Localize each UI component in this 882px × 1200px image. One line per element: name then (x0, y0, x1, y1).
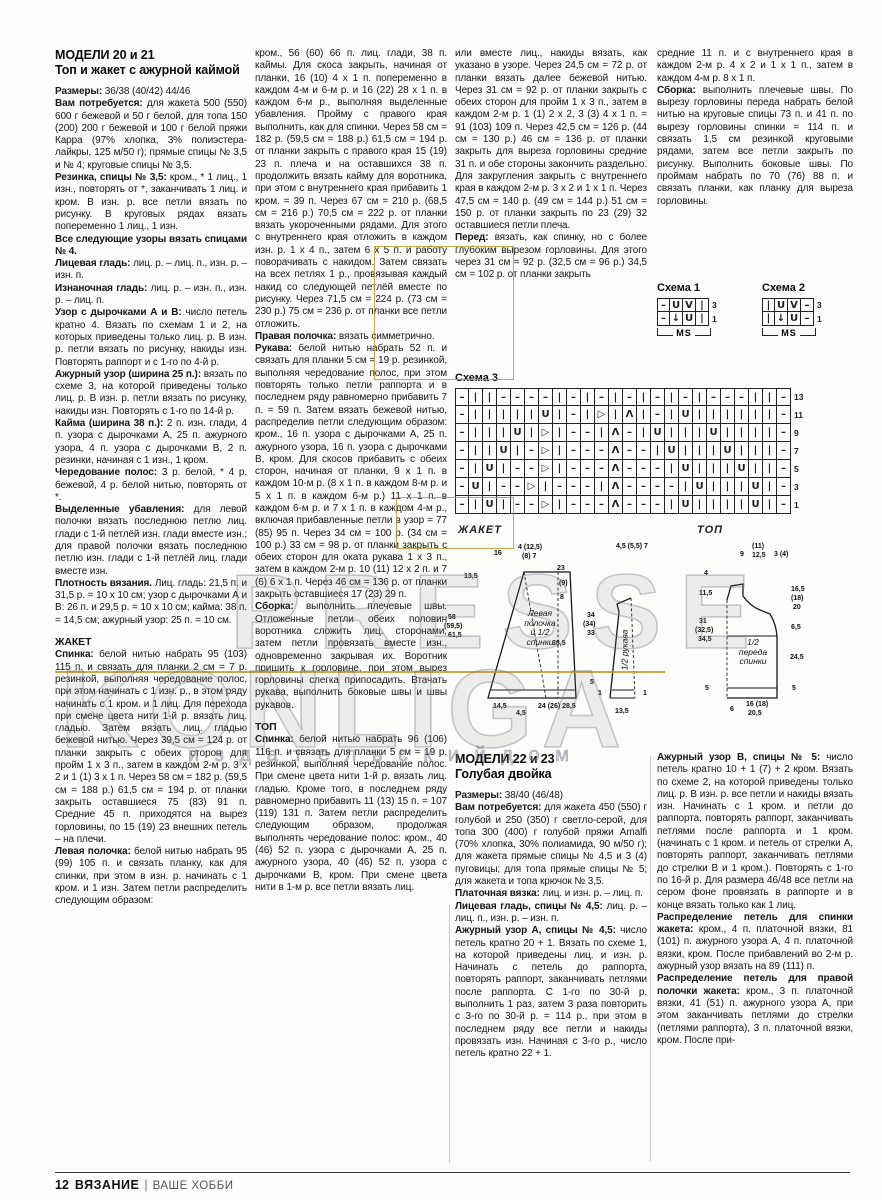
chart-cell: | (721, 478, 735, 496)
section-title: Топ и жакет с ажурной каймой (55, 63, 247, 78)
rapport-bracket: MS (657, 328, 711, 336)
chart-row: |↓U–1 (762, 312, 822, 326)
rapport-bracket: MS (762, 328, 816, 336)
chart-cell: | (497, 460, 511, 478)
chart-cell: – (455, 442, 469, 460)
measurement-label: 1 (598, 690, 602, 698)
chart-row: –U|––▷|–––|Λ––––|U|||U|–3 (455, 478, 803, 496)
chart-cell: – (801, 298, 814, 312)
chart-cell: | (696, 312, 709, 326)
chart-cell: | (469, 460, 483, 478)
paragraph-lead: Спинка: (55, 649, 99, 660)
chart-cell: U (497, 442, 511, 460)
chart-cell: U (775, 298, 788, 312)
chart-cell: | (735, 442, 749, 460)
chart-cell: U (735, 460, 749, 478)
chart-cell: ▷ (539, 496, 553, 514)
chart-cell: | (581, 388, 595, 406)
chart-title: Схема 3 (455, 372, 803, 384)
spacer (55, 77, 247, 86)
chart-cell: – (595, 442, 609, 460)
paragraph: Рукава: белой нитью набрать 52 п. и связ… (255, 343, 447, 601)
measurement-label: 5 (590, 679, 594, 687)
chart-cell: | (483, 388, 497, 406)
chart-cell: | (511, 442, 525, 460)
chart-cell: – (455, 478, 469, 496)
chart-cell: U (483, 496, 497, 514)
chart-cell: | (469, 424, 483, 442)
chart-cell: | (665, 388, 679, 406)
chart-cell: U (693, 478, 707, 496)
chart-cell: | (665, 496, 679, 514)
chart-cell: Λ (609, 442, 623, 460)
chart-cell: – (651, 460, 665, 478)
chart-cell: V (788, 298, 801, 312)
paragraph: Выделенные убавления: для левой полочки … (55, 504, 247, 578)
measurement-label: 20,5 (748, 710, 762, 718)
chart-cell: Λ (609, 424, 623, 442)
knitting-chart: –||––––|–|–|–|–|–|–––||–13–|||||U|–|▷|Λ|… (455, 388, 803, 514)
paragraph: Ажурный узор А, спицы № 4,5: число петел… (455, 925, 647, 1060)
column-divider (650, 756, 651, 1161)
piece-name-label: 1/2 переда спинки (739, 638, 767, 667)
paragraph-lead: Кайма (ширина 38 п.): (55, 418, 167, 429)
chart-cell: | (749, 388, 763, 406)
garment-schematics: 164 (12,5)(8) 713,558(59,5)61,514,54,524… (440, 540, 860, 748)
rapport-label: MS (673, 328, 695, 338)
paragraph: Спинка: белой нитью набрать 96 (106) 116… (255, 734, 447, 894)
paragraph-lead: Сборка: (255, 601, 306, 612)
chart-cell: | (749, 442, 763, 460)
chart-cell: | (595, 424, 609, 442)
paragraph: Все следующие узоры вязать спицами № 4. (55, 234, 247, 259)
paragraph-lead: Левая полочка: (55, 846, 134, 857)
paragraph-lead: Плотность вязания. (55, 578, 155, 589)
chart-row-number: 11 (791, 410, 803, 420)
magazine-name: ВЯЗАНИЕ (75, 1178, 139, 1192)
chart-schema-3: Схема 3 –||––––|–|–|–|–|–|–––||–13–|||||… (455, 372, 803, 514)
chart-cell: – (497, 478, 511, 496)
paragraph-lead: Спинка: (255, 734, 299, 745)
chart-cell: – (637, 460, 651, 478)
measurement-label: 11,5 (699, 590, 712, 598)
diagram-caption-top: ТОП (697, 524, 723, 536)
measurement-label: 20 (793, 604, 801, 612)
chart-cell: ▷ (539, 442, 553, 460)
chart-cell: | (595, 478, 609, 496)
chart-cell: – (525, 460, 539, 478)
chart-cell: | (707, 478, 721, 496)
paragraph-lead: Рукава: (255, 343, 298, 354)
paragraph-lead: Выделенные убавления: (55, 504, 194, 515)
chart-cell: | (525, 424, 539, 442)
chart-cell: ▷ (539, 424, 553, 442)
chart-cell: | (553, 424, 567, 442)
chart-cell: | (696, 298, 709, 312)
paragraph-lead: Ажурный узор (ширина 25 п.): (55, 369, 204, 380)
chart-cell: | (749, 424, 763, 442)
chart-cell: – (657, 298, 670, 312)
chart-cell: U (749, 496, 763, 514)
column-2: кром., 56 (60) 66 п. лиц. глади, 38 п. к… (255, 48, 447, 1168)
measurement-label: 4 (704, 570, 708, 578)
chart-cell: – (455, 406, 469, 424)
paragraph: Распределение петель для спинки жакета: … (657, 912, 853, 973)
measurement-label: (59,5) (444, 623, 462, 631)
paragraph-lead: Правая полочка: (255, 331, 339, 342)
paragraph: Вам потребуется: для жакета 450 (550) г … (455, 802, 647, 888)
chart-cell: | (539, 478, 553, 496)
chart-cell: U (469, 478, 483, 496)
chart-title: Схема 1 (657, 282, 717, 294)
paragraph-lead: Изнаночная гладь: (55, 283, 151, 294)
paragraph-lead: Узор с дырочками А и В: (55, 307, 186, 318)
chart-row-number: 7 (791, 446, 799, 456)
column-1: МОДЕЛИ 20 и 21Топ и жакет с ажурной кайм… (55, 48, 247, 1168)
piece-name-label: Левая полочка и 1/2 спинки (524, 609, 556, 647)
chart-cell: U (665, 442, 679, 460)
chart-cell: | (721, 424, 735, 442)
piece-name-label: 1/2 рукава (620, 630, 630, 671)
chart-cell: – (511, 460, 525, 478)
chart-cell: – (651, 478, 665, 496)
paragraph-lead: Размеры: (455, 790, 505, 801)
chart-cell: – (801, 312, 814, 326)
measurement-label: (18) (791, 595, 803, 603)
chart-cell: – (525, 388, 539, 406)
chart-cell: ▷ (539, 460, 553, 478)
section-title: Голубая двойка (455, 767, 647, 782)
chart-cell: – (623, 478, 637, 496)
chart-cell: – (511, 478, 525, 496)
chart-cell: | (693, 388, 707, 406)
chart-cell: | (763, 388, 777, 406)
footer-divider: | (144, 1178, 147, 1192)
chart-cell: – (735, 388, 749, 406)
chart-row-number: 5 (791, 464, 799, 474)
paragraph: Узор с дырочками А и В: число петель кра… (55, 307, 247, 368)
chart-cell: | (469, 496, 483, 514)
chart-row: –|||U|▷|––|Λ–|U|||U||||–9 (455, 424, 803, 442)
paragraph: Сборка: выполнить плечевые швы. По вырез… (657, 85, 853, 208)
measurement-label: 24,5 (790, 654, 804, 662)
chart-cell: – (721, 388, 735, 406)
measurement-label: 34 (587, 612, 595, 620)
chart-row-number: 3 (791, 482, 799, 492)
chart-cell: | (553, 406, 567, 424)
measurement-label: 4,5 (516, 710, 526, 718)
chart-cell: | (525, 406, 539, 424)
knitting-chart: –UV|3–↓U|1MS (657, 298, 717, 336)
chart-cell: – (777, 424, 791, 442)
chart-cell: | (707, 442, 721, 460)
measurement-label: 1 (643, 690, 647, 698)
chart-cell: – (777, 406, 791, 424)
chart-row: –||––––|–|–|–|–|–|–––||–13 (455, 388, 803, 406)
chart-cell: | (469, 388, 483, 406)
chart-cell: | (735, 406, 749, 424)
measurement-label: 61,5 (448, 632, 462, 640)
chart-cell: | (693, 460, 707, 478)
measurement-label: 13,5 (615, 708, 629, 716)
measurement-label: 14,5 (493, 703, 507, 711)
chart-cell: – (777, 496, 791, 514)
chart-cell: | (665, 460, 679, 478)
chart-cell: | (735, 424, 749, 442)
chart-schema-1: Схема 1 –UV|3–↓U|1MS (657, 282, 717, 336)
magazine-page: МОДЕЛИ 20 и 21Топ и жакет с ажурной кайм… (0, 0, 882, 1200)
paragraph: Сборка: выполнить плечевые швы. Отложенн… (255, 601, 447, 712)
chart-cell: – (539, 388, 553, 406)
measurement-label: 31 (699, 618, 707, 626)
column-4-top: средние 11 п. и с внутреннего края в каж… (657, 48, 853, 280)
paragraph: Лицевая гладь, спицы № 4,5: лиц. р. – ли… (455, 901, 647, 926)
measurement-label: 5 (792, 685, 796, 693)
chart-row-number: 1 (709, 314, 717, 324)
chart-cell: V (683, 298, 696, 312)
spacer (455, 781, 647, 790)
chart-row: –↓U|1 (657, 312, 717, 326)
chart-cell: – (567, 388, 581, 406)
subsection-heading: ТОП (255, 721, 447, 733)
measurement-label: 33 (587, 630, 595, 638)
chart-cell: – (651, 496, 665, 514)
chart-cell: U (721, 442, 735, 460)
chart-cell: – (637, 478, 651, 496)
chart-cell: – (497, 388, 511, 406)
chart-cell: – (553, 478, 567, 496)
measurement-label: (8) 7 (522, 553, 536, 561)
chart-row-number: 13 (791, 392, 803, 402)
chart-cell: – (525, 442, 539, 460)
chart-cell: | (721, 496, 735, 514)
chart-cell: U (511, 424, 525, 442)
measurement-label: 3 (4) (774, 551, 788, 559)
chart-cell: | (497, 406, 511, 424)
paragraph: Вам потребуется: для жакета 500 (550) 60… (55, 98, 247, 172)
chart-cell: – (637, 496, 651, 514)
measurement-label: 16,5 (791, 586, 805, 594)
chart-cell: U (483, 460, 497, 478)
chart-cell: – (455, 424, 469, 442)
measurement-label: 5 (705, 685, 709, 693)
measurement-label: 58 (448, 614, 456, 622)
paragraph: Распределение петель для правой полочки … (657, 973, 853, 1047)
measurement-label: 16 (18) (746, 701, 768, 709)
chart-cell: – (665, 478, 679, 496)
chart-cell: | (637, 424, 651, 442)
chart-cell: | (497, 496, 511, 514)
chart-cell: – (455, 496, 469, 514)
chart-cell: | (707, 460, 721, 478)
chart-cell: – (651, 406, 665, 424)
chart-cell: U (788, 312, 801, 326)
chart-cell: | (637, 406, 651, 424)
chart-cell: – (777, 478, 791, 496)
chart-cell: Λ (609, 496, 623, 514)
paragraph-lead: Платочная вязка: (455, 888, 543, 899)
chart-row-number: 3 (814, 300, 822, 310)
chart-cell: – (455, 388, 469, 406)
measurement-label: (32,5) (695, 627, 713, 635)
paragraph: Кайма (ширина 38 п.): 2 п. изн. глади, 4… (55, 418, 247, 467)
paragraph: средние 11 п. и с внутреннего края в каж… (657, 48, 853, 85)
chart-cell: – (581, 478, 595, 496)
chart-row: –|U|––▷|–––Λ–––|U||||U|–1 (455, 496, 803, 514)
measurement-label: 8 (560, 594, 564, 602)
chart-cell: – (657, 312, 670, 326)
chart-cell: | (483, 424, 497, 442)
paragraph: Резинка, спицы № 3,5: кром., * 1 лиц., 1… (55, 172, 247, 233)
paragraph: Платочная вязка: лиц. и изн. р. – лиц. п… (455, 888, 647, 900)
chart-cell: | (763, 496, 777, 514)
column-3-top: или вместе лиц., накиды вязать, как указ… (455, 48, 647, 368)
chart-cell: ▷ (525, 478, 539, 496)
chart-cell: – (637, 442, 651, 460)
measurement-label: (11) (752, 543, 764, 551)
chart-cell: ▷ (595, 406, 609, 424)
paragraph: Размеры: 38/40 (46/48) (455, 790, 647, 802)
diagram-caption-jacket: ЖАКЕТ (458, 524, 502, 536)
chart-cell: – (595, 460, 609, 478)
chart-cell: – (581, 442, 595, 460)
schematic-drawing (440, 540, 860, 745)
measurement-label: 13,5 (464, 573, 478, 581)
measurement-label: (34) (583, 621, 595, 629)
paragraph: или вместе лиц., накиды вязать, как указ… (455, 48, 647, 232)
chart-cell: | (763, 406, 777, 424)
chart-cell: | (693, 424, 707, 442)
chart-row-number: 9 (791, 428, 799, 438)
chart-cell: | (637, 388, 651, 406)
measurement-label: 34,5 (698, 636, 712, 644)
chart-cell: – (623, 496, 637, 514)
measurement-label: 24 (26) 28,5 (538, 703, 576, 711)
chart-cell: | (679, 424, 693, 442)
chart-cell: U (683, 312, 696, 326)
chart-cell: | (763, 424, 777, 442)
chart-cell: U (651, 424, 665, 442)
chart-cell: – (777, 442, 791, 460)
chart-cell: | (721, 406, 735, 424)
chart-cell: – (567, 406, 581, 424)
chart-cell: | (707, 496, 721, 514)
chart-cell: | (693, 496, 707, 514)
paragraph-lead: Вам потребуется: (55, 98, 147, 109)
chart-cell: U (679, 460, 693, 478)
chart-cell: – (567, 478, 581, 496)
measurement-label: 12,5 (752, 552, 766, 560)
chart-cell: | (762, 312, 775, 326)
chart-cell: – (651, 388, 665, 406)
measurement-label: 4,5 (5,5) 7 (616, 543, 648, 551)
chart-cell: | (553, 496, 567, 514)
magazine-tagline: ВАШЕ ХОББИ (153, 1180, 234, 1192)
column-4-bottom: Ажурный узор В, спицы № 5: число петель … (657, 752, 853, 1166)
paragraph-lead: Распределение петель для правой полочки … (657, 973, 853, 996)
chart-cell: U (679, 406, 693, 424)
chart-cell: | (553, 442, 567, 460)
chart-cell: Λ (609, 478, 623, 496)
chart-cell: – (777, 460, 791, 478)
chart-cell: | (553, 388, 567, 406)
chart-cell: – (707, 388, 721, 406)
knitting-chart: |UV–3|↓U–1MS (762, 298, 822, 336)
measurement-label: (9) (559, 580, 568, 588)
chart-cell: | (721, 460, 735, 478)
paragraph: Размеры: 36/38 (40/42) 44/46 (55, 86, 247, 98)
paragraph: Ажурный узор (ширина 25 п.): вязать по с… (55, 369, 247, 418)
chart-cell: | (763, 460, 777, 478)
paragraph-lead: Вам потребуется: (455, 802, 544, 813)
chart-cell: – (623, 460, 637, 478)
chart-cell: Λ (623, 406, 637, 424)
paragraph: Плотность вязания. Лиц. гладь: 21,5 п. и… (55, 578, 247, 627)
chart-cell: – (511, 388, 525, 406)
chart-cell: | (483, 442, 497, 460)
subsection-heading: ЖАКЕТ (55, 636, 247, 648)
chart-cell: ↓ (670, 312, 683, 326)
column-3-bottom: МОДЕЛИ 22 и 23Голубая двойкаРазмеры: 38/… (455, 752, 647, 1166)
chart-cell: | (483, 406, 497, 424)
chart-cell: | (735, 478, 749, 496)
paragraph: Ажурный узор В, спицы № 5: число петель … (657, 752, 853, 912)
chart-cell: | (693, 442, 707, 460)
chart-cell: | (763, 442, 777, 460)
paragraph-lead: Резинка, спицы № 3,5: (55, 172, 170, 183)
section-title: МОДЕЛИ 20 и 21 (55, 48, 247, 63)
paragraph-lead: Размеры: (55, 86, 105, 97)
measurement-label: 9 (740, 551, 744, 559)
chart-cell: | (497, 424, 511, 442)
page-footer: 12ВЯЗАНИЕ|ВАШЕ ХОББИ (55, 1172, 850, 1192)
chart-cell: | (469, 406, 483, 424)
paragraph-lead: Чередование полос: (55, 467, 162, 478)
chart-cell: | (665, 424, 679, 442)
paragraph-lead: Распределение петель для спинки жакета: (657, 912, 853, 935)
paragraph: Перед: вязать, как спинку, но с более гл… (455, 232, 647, 281)
chart-row-number: 1 (814, 314, 822, 324)
chart-row: –|U|––▷|–––Λ–––|U|||U||–5 (455, 460, 803, 478)
measurement-label: 23 (557, 565, 565, 573)
chart-cell: – (567, 460, 581, 478)
chart-cell: | (483, 478, 497, 496)
paragraph-lead: Ажурный узор В, спицы № 5: (657, 752, 826, 763)
chart-cell: | (693, 406, 707, 424)
chart-row-number: 1 (791, 500, 799, 510)
chart-schema-2: Схема 2 |UV–3|↓U–1MS (762, 282, 822, 336)
paragraph: Изнаночная гладь: лиц. р. – изн. п., изн… (55, 283, 247, 308)
paragraph-lead: Лицевая гладь, спицы № 4,5: (455, 901, 606, 912)
paragraph: Правая полочка: вязать симметрично. (255, 331, 447, 343)
chart-cell: | (749, 460, 763, 478)
chart-cell: – (567, 442, 581, 460)
paragraph: Спинка: белой нитью набрать 95 (103) 115… (55, 649, 247, 846)
paragraph-lead: Ажурный узор А, спицы № 4,5: (455, 925, 620, 936)
chart-cell: | (735, 496, 749, 514)
chart-cell: | (749, 406, 763, 424)
chart-cell: | (763, 478, 777, 496)
chart-cell: – (595, 388, 609, 406)
rapport-label: MS (778, 328, 800, 338)
chart-cell: – (581, 424, 595, 442)
chart-cell: – (567, 496, 581, 514)
chart-cell: | (553, 460, 567, 478)
measurement-label: 6 (730, 706, 734, 714)
page-number: 12 (55, 1178, 69, 1192)
column-divider (449, 905, 450, 1163)
chart-cell: – (567, 424, 581, 442)
